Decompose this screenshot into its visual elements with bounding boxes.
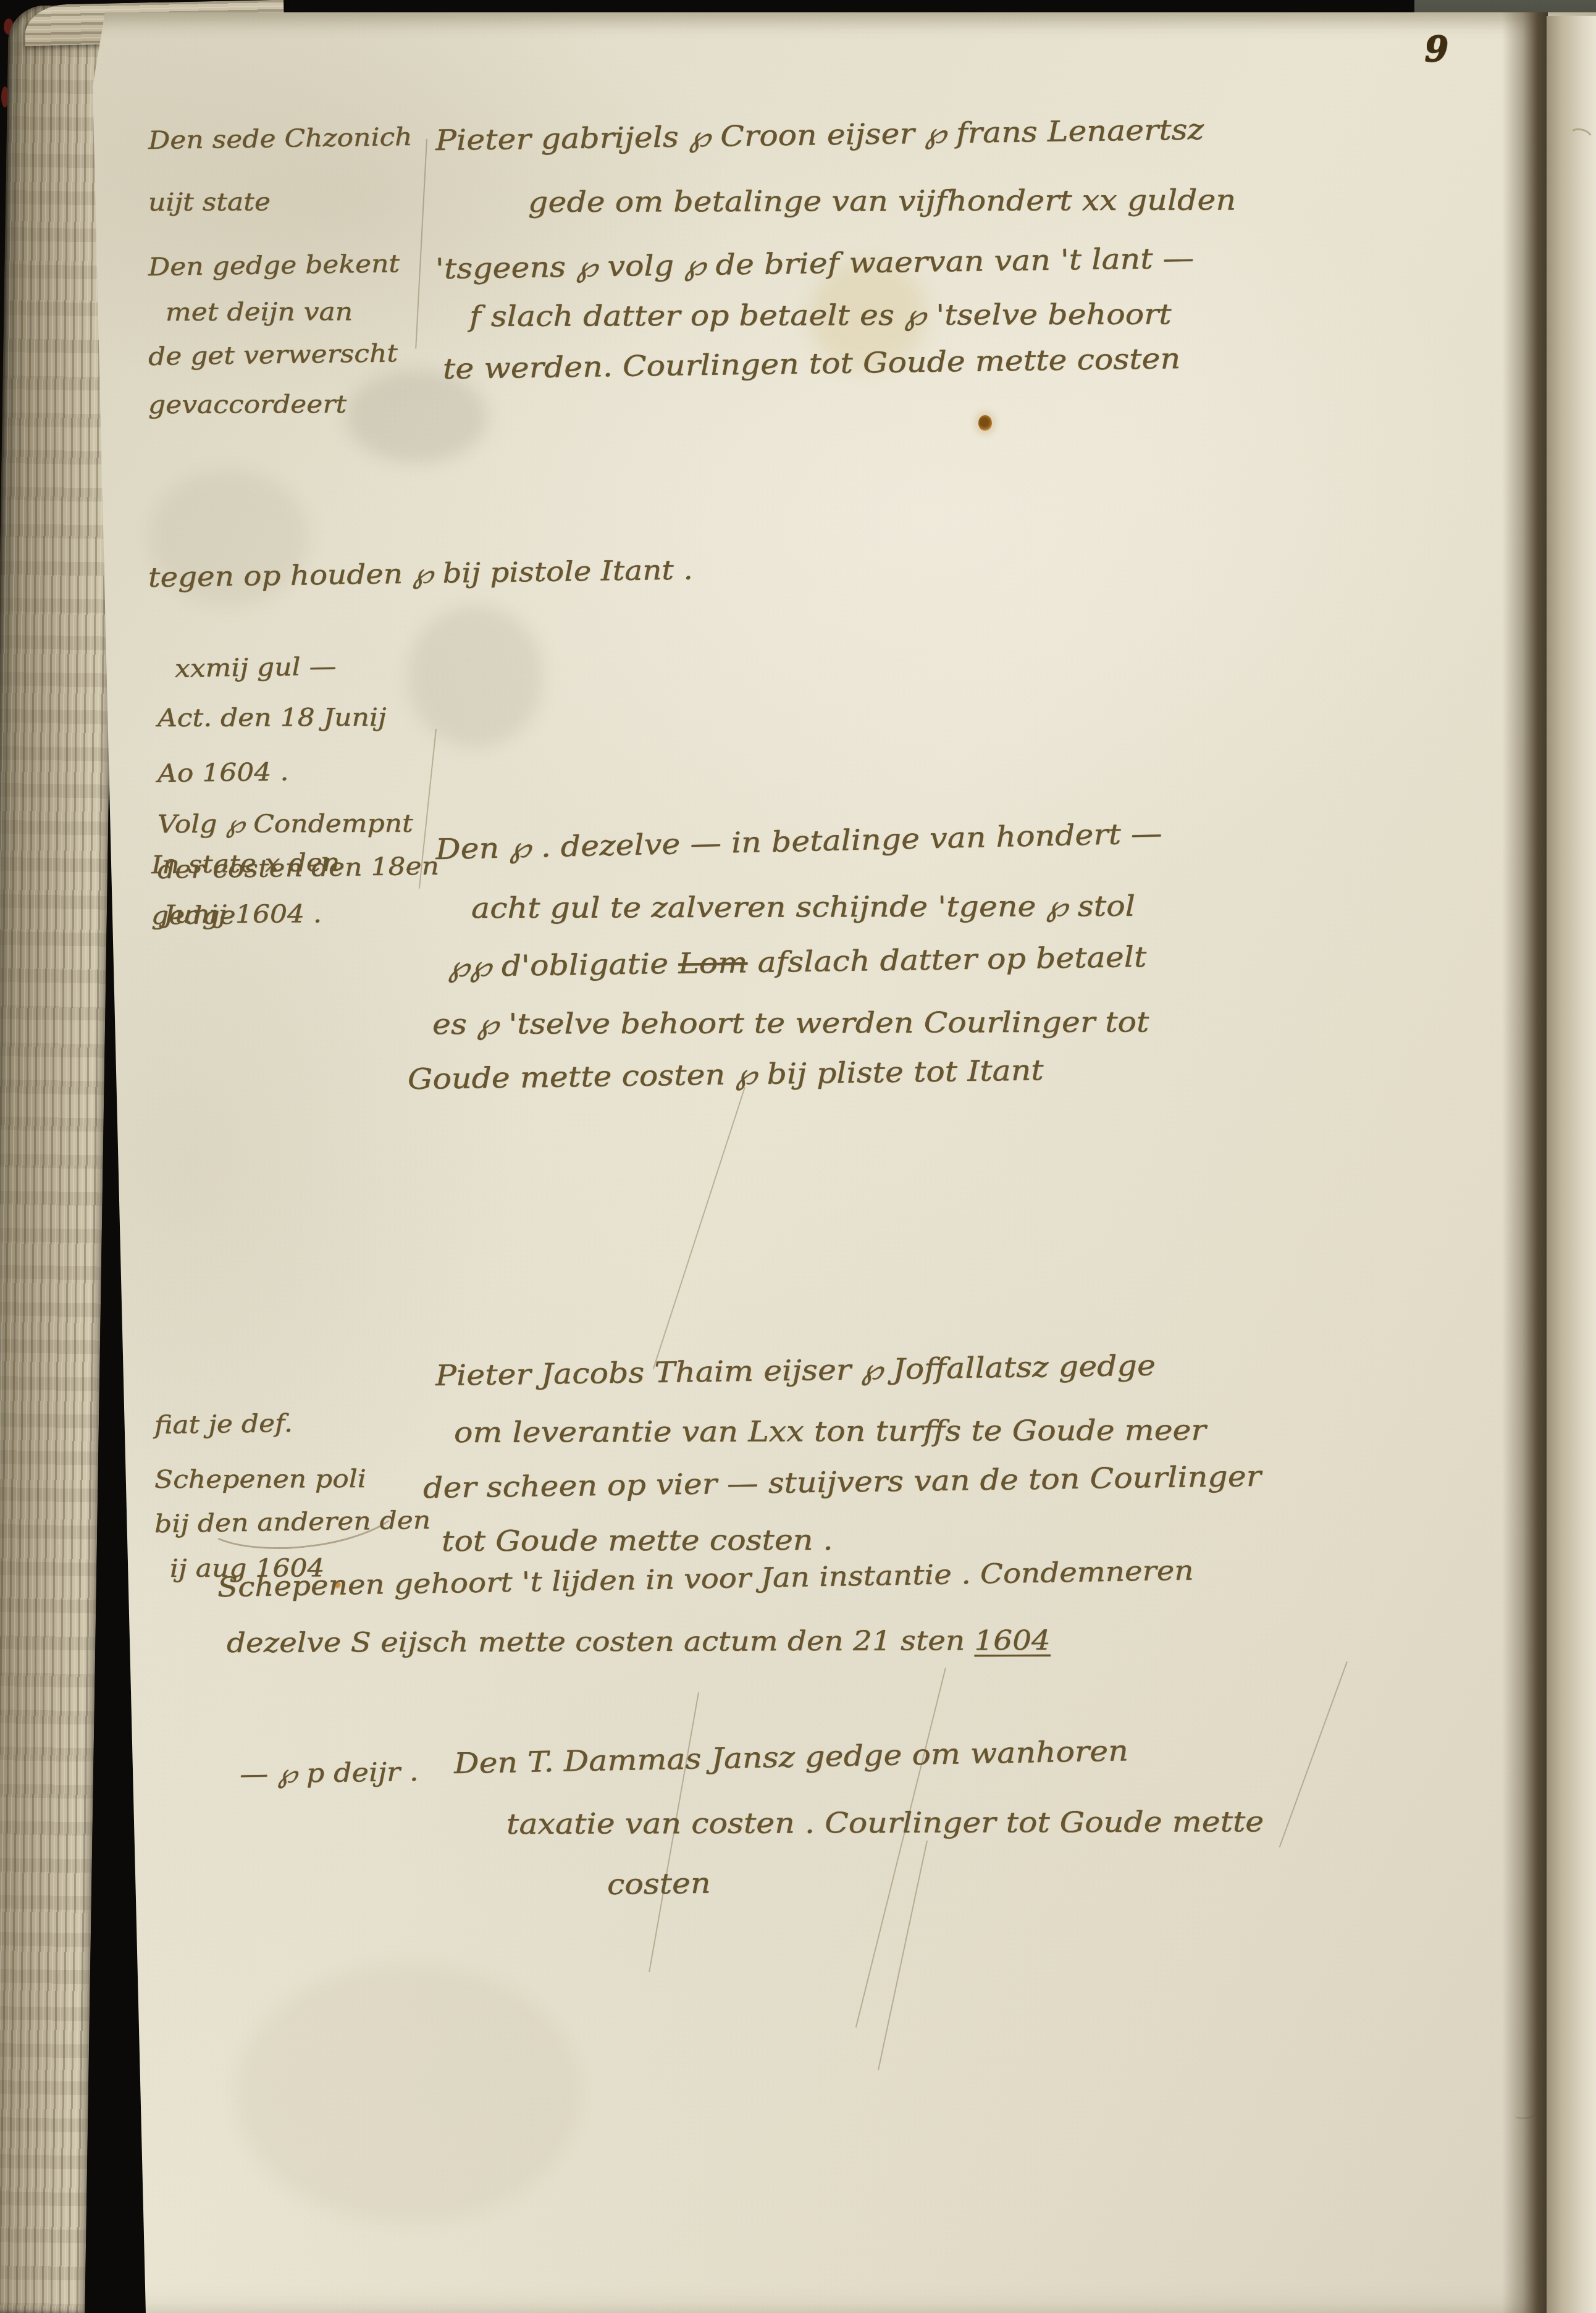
manuscript-line: es ℘ 'tselve behoort te werden Courlinge… [432, 1005, 1149, 1041]
manuscript-line: Volg ℘ Condempnt [157, 810, 413, 839]
manuscript-line: om leverantie van Lxx ton turffs te Goud… [454, 1413, 1206, 1449]
foxing-spot [978, 415, 992, 431]
grey-smudge-stain [408, 605, 544, 747]
underlined-word: 1604 [974, 1625, 1050, 1656]
manuscript-line: f slach datter op betaelt es ℘ 'tselve b… [469, 297, 1172, 333]
manuscript-line: gedge [151, 902, 236, 930]
manuscript-line: costen [607, 1866, 712, 1901]
manuscript-line: fiat je def. [154, 1409, 293, 1440]
discoloration-stain [235, 1964, 581, 2223]
gutter-shadow [1502, 12, 1548, 2313]
manuscript-line: gede om betalinge van vijfhondert xx gul… [528, 183, 1236, 219]
manuscript-line: dezelve S eijsch mette costen actum den … [227, 1625, 1051, 1659]
manuscript-line: gevaccordeert [148, 390, 346, 419]
facing-page-edge [1547, 16, 1596, 2313]
manuscript-line: met deijn van [166, 298, 353, 327]
manuscript-line: tot Goude mette costen . [442, 1523, 833, 1558]
manuscript-line: taxatie van costen . Courlinger tot Goud… [506, 1805, 1264, 1841]
manuscript-line: Den sede Chzonich [148, 123, 413, 155]
manuscript-line: uijt state [148, 188, 271, 217]
manuscript-line: acht gul te zalveren schijnde 'tgene ℘ s… [471, 889, 1135, 925]
folio-number: 9 [1424, 28, 1448, 69]
manuscript-line: xxmij gul — [175, 652, 337, 683]
struck-word: Lom [678, 946, 748, 980]
manuscript-line: Act. den 18 Junij [157, 703, 387, 733]
manuscript-line: — ℘ p deijr . [240, 1757, 419, 1789]
manuscript-line: Ao 1604 . [157, 758, 289, 788]
manuscript-line: Den gedge bekent [148, 250, 400, 282]
manuscript-scan: { "folio_number": "9", "colors": { "back… [0, 0, 1596, 2313]
manuscript-line: de get verwerscht [148, 339, 398, 371]
manuscript-line: In state x den [151, 849, 340, 879]
